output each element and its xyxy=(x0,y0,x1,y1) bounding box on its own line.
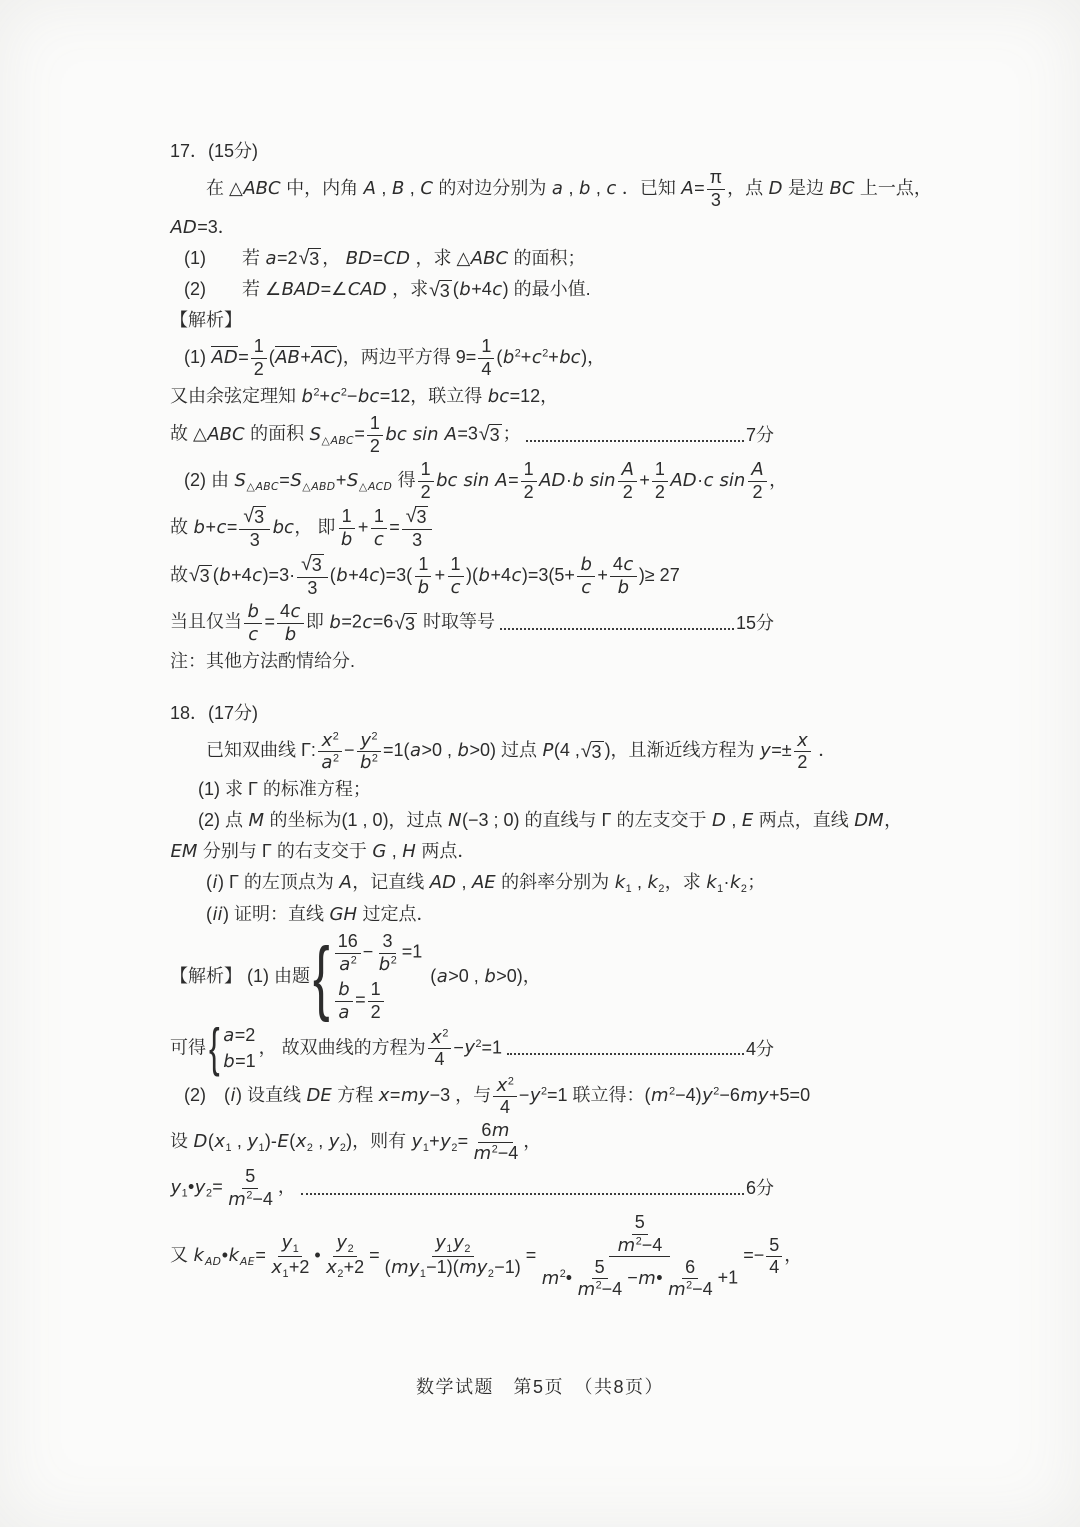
text-run: 当且仅当 xyxy=(170,612,242,632)
text-run: +5=0 xyxy=(769,1085,810,1105)
text-run: , xyxy=(387,841,402,861)
numerator: 1 xyxy=(251,337,267,358)
text-run: ，求 xyxy=(387,279,428,299)
fraction: 54 xyxy=(766,1236,782,1278)
text-run: 1 xyxy=(451,554,461,574)
math-variable: bc xyxy=(357,386,379,407)
math-variable: b xyxy=(338,979,350,1000)
denominator: 2 xyxy=(251,359,267,379)
math-variable: b xyxy=(457,740,469,761)
text-run: (1) 求 Γ 的标准方程； xyxy=(198,779,371,799)
denominator: x1+2 xyxy=(268,1257,313,1280)
cases-group: {16a2−3b2=1ba=12 xyxy=(313,932,422,1022)
math-variable: ABC xyxy=(243,178,281,199)
text-run: , xyxy=(563,178,578,198)
text-run: = xyxy=(212,1177,223,1197)
subscript: △ABC xyxy=(246,481,279,493)
cases-row: 16a2−3b2=1 xyxy=(333,932,423,974)
math-variable: a xyxy=(265,248,277,269)
text-run: 得 xyxy=(393,470,416,490)
math-variable: b xyxy=(417,577,429,598)
math-variable: my xyxy=(400,1085,429,1106)
math-variable: b xyxy=(502,347,514,368)
numerator: π xyxy=(707,168,725,189)
math-variable: c xyxy=(531,347,542,368)
subscript: 1 xyxy=(293,1242,299,1254)
text-run: >0) 过点 xyxy=(469,740,542,760)
math-variable: AD xyxy=(204,1255,221,1268)
math-variable: ABC xyxy=(330,434,354,447)
denominator: c xyxy=(447,577,464,597)
text-run: )， xyxy=(581,347,605,367)
numerator: x2 xyxy=(428,1028,452,1049)
numerator: A xyxy=(618,460,637,481)
numerator: √3 xyxy=(402,506,433,530)
numerator: b xyxy=(335,980,353,1001)
line-content: 注：其他方法酌情给分. xyxy=(170,651,355,671)
math-variable: a xyxy=(409,740,421,761)
q17-intro: 在 △ABC 中，内角 A , B , C 的对边分别为 a , b , c ．… xyxy=(206,168,950,210)
subscript: △ABC xyxy=(322,435,355,447)
q17-sol1-line3: 故 △ABC 的面积 S△ABC=12bc sin A=3√3；7分 xyxy=(170,414,774,456)
superscript: 2 xyxy=(351,954,357,966)
text-run: 3 xyxy=(592,742,602,762)
math-variable: A xyxy=(681,178,694,199)
math-variable: DE xyxy=(306,1085,332,1106)
fraction: y1y2(my1−1)(my2−1) xyxy=(382,1233,524,1281)
text-run: (2) ( xyxy=(184,1085,230,1105)
math-variable: my xyxy=(459,1257,488,1278)
line-content: (ii) 证明：直线 GH 过定点． xyxy=(206,904,435,924)
math-variable: ABC xyxy=(255,480,279,493)
superscript: 2 xyxy=(333,752,339,764)
math-variable: E xyxy=(277,1131,289,1152)
text-run: −1) xyxy=(494,1257,521,1277)
text-run: , xyxy=(632,872,647,892)
math-variable: y xyxy=(336,1232,348,1253)
cases-column: a=2b=1 xyxy=(223,1026,256,1072)
text-run: ( xyxy=(385,1257,391,1277)
text-run: 5 xyxy=(245,1166,255,1186)
superscript: 2 xyxy=(442,1027,448,1039)
text-run: 7分 xyxy=(746,425,774,445)
text-run: 过定点． xyxy=(358,904,435,924)
cases-row: a=2 xyxy=(223,1026,256,1046)
text-run: =2 xyxy=(341,612,362,632)
denominator: m2−4 xyxy=(614,1235,665,1255)
math-variable: k xyxy=(614,872,625,893)
fraction: A2 xyxy=(748,460,767,502)
math-variable: bc xyxy=(436,470,458,491)
denominator: 4 xyxy=(497,1097,513,1117)
fraction: y2b2 xyxy=(356,731,380,773)
q18-sol2-line3: y1•y2=5m2−4，6分 xyxy=(170,1167,774,1209)
math-variable: sin xyxy=(589,470,616,491)
numerator: y1y2 xyxy=(432,1233,474,1257)
text-run: 1 xyxy=(655,459,665,479)
q17-sol2-line4: 当且仅当bc=4cb即 b=2c=6√3 时取等号15分 xyxy=(170,602,774,644)
superscript: 2 xyxy=(508,1075,514,1087)
text-run: 1 xyxy=(342,506,352,526)
text-run: +4 xyxy=(231,565,252,585)
math-variable: ACD xyxy=(367,480,392,493)
text-run: 2 xyxy=(372,730,378,742)
photographed-exam-page: 17．(15分)在 △ABC 中，内角 A , B , C 的对边分别为 a ,… xyxy=(0,0,1080,1527)
line-content: y1•y2=5m2−4， xyxy=(170,1167,296,1209)
math-variable: b xyxy=(284,624,296,645)
math-variable: A xyxy=(444,424,457,445)
q18-part2-ii: (ii) 证明：直线 GH 过定点． xyxy=(206,901,950,928)
math-variable: AD xyxy=(211,347,238,368)
math-variable: m xyxy=(668,1279,687,1300)
subscript: AD xyxy=(204,1256,221,1268)
math-variable: E xyxy=(741,810,753,831)
text-run: 16 xyxy=(338,931,358,951)
text-run: 3 xyxy=(254,507,264,527)
text-run: − xyxy=(363,942,374,962)
text-run: )≥ 27 xyxy=(639,565,680,585)
subscript: 2 xyxy=(348,1242,354,1254)
math-variable: ABD xyxy=(311,480,336,493)
q17-sol1-line2: 又由余弦定理知 b2+c2−bc=12，联立得 bc=12， xyxy=(170,383,950,410)
math-variable: b xyxy=(219,565,231,586)
dotted-leader xyxy=(301,1182,744,1195)
math-variable: A xyxy=(751,459,764,480)
text-run: +1 xyxy=(718,1268,739,1288)
text-run xyxy=(490,470,495,490)
numerator: y2 xyxy=(357,731,381,752)
fraction: x24 xyxy=(428,1028,452,1070)
text-run: = xyxy=(355,990,366,1010)
vector-overline: AB xyxy=(275,346,301,368)
text-run: , xyxy=(232,1131,247,1151)
text-run: − xyxy=(347,386,358,406)
score-label: 15分 xyxy=(736,610,774,636)
fraction: 6m2−4 xyxy=(665,1258,716,1300)
denominator: 4 xyxy=(432,1049,448,1069)
math-variable: m xyxy=(541,1268,560,1289)
superscript: 2 xyxy=(391,954,397,966)
line-content: 故 △ABC 的面积 S△ABC=12bc sin A=3√3； xyxy=(170,414,521,456)
fraction: 6mm2−4 xyxy=(470,1121,521,1163)
radicand: 3 xyxy=(415,506,428,527)
q17-number: 17．(15分) xyxy=(170,138,950,164)
text-run: −3 ，与 xyxy=(430,1085,492,1105)
fraction: 12 xyxy=(251,337,267,379)
denominator: 2 xyxy=(418,482,434,502)
text-run: 3 xyxy=(382,931,392,951)
math-variable: c xyxy=(369,565,380,586)
text-run: + xyxy=(205,517,216,537)
text-run: −4 xyxy=(642,1235,663,1255)
math-variable: c xyxy=(362,612,373,633)
numerator: √3 xyxy=(297,554,328,578)
text-run: 在 △ xyxy=(206,178,243,198)
denominator: 2 xyxy=(521,482,537,502)
text-run: 的坐标为(1 , 0)，过点 xyxy=(265,810,448,830)
fraction: bc xyxy=(577,555,595,597)
math-variable: c xyxy=(581,577,592,598)
line-content: 当且仅当bc=4cb即 b=2c=6√3 时取等号 xyxy=(170,602,495,644)
math-variable: b xyxy=(459,279,471,300)
line-content: (2) 点 M 的坐标为(1 , 0)，过点 N(−3 ; 0) 的直线与 Γ … xyxy=(198,810,902,830)
q17-sol2-line2: 故 b+c=√33bc， 即1b+1c=√33 xyxy=(170,506,950,550)
math-variable: AD xyxy=(539,470,566,491)
radicand: 3 xyxy=(311,554,324,575)
text-run: ， xyxy=(278,1177,296,1197)
line-content: 【解析】 (1) 由题{16a2−3b2=1ba=12 (a>0 , b>0)， xyxy=(170,966,541,986)
sqrt: √3 xyxy=(406,506,429,528)
text-run: 故 △ xyxy=(170,424,207,444)
text-run: =± xyxy=(771,740,791,760)
text-run: 时取等号 xyxy=(418,612,495,632)
radicand: 3 xyxy=(253,506,266,527)
text-run: = xyxy=(508,470,519,490)
math-variable: bc xyxy=(487,386,509,407)
math-variable: c xyxy=(623,554,634,575)
text-run: = xyxy=(279,470,290,490)
math-variable: AD xyxy=(670,470,697,491)
math-variable: C xyxy=(420,178,434,199)
math-variable: b xyxy=(617,577,629,598)
text-run: 两点，直线 xyxy=(754,810,854,830)
radicand: 3 xyxy=(404,613,417,634)
math-variable: N xyxy=(448,810,462,831)
fraction: 12 xyxy=(418,460,434,502)
math-variable: m xyxy=(228,1189,247,1210)
dotted-leader xyxy=(500,617,734,630)
text-run: ； xyxy=(503,424,521,444)
radicand: 3 xyxy=(489,424,502,445)
text-run: 4 xyxy=(481,359,491,379)
cases-brace: { xyxy=(209,1028,220,1070)
text-run: △ xyxy=(302,481,311,493)
numerator: 1 xyxy=(339,507,355,528)
text-run: 2 xyxy=(254,359,264,379)
math-variable: y xyxy=(360,730,372,751)
text-run: 2 xyxy=(655,482,665,502)
math-variable: y xyxy=(702,1085,714,1106)
numerator: y2 xyxy=(333,1233,357,1257)
text-run: , xyxy=(376,178,391,198)
fraction: y2x2+2 xyxy=(323,1233,368,1281)
text-run: >0 , xyxy=(422,740,458,760)
sqrt: √3 xyxy=(429,280,452,302)
line-content: 故√3(b+4c)=3·√33(b+4c)=3(1b+1c)(b+4c)=3(5… xyxy=(170,565,680,585)
text-run: 两点． xyxy=(416,841,475,861)
text-run: 1 xyxy=(446,1242,452,1254)
math-variable: ABC xyxy=(207,424,245,445)
text-run: (2) 若 ∠ xyxy=(184,279,281,299)
sqrt: √3 xyxy=(479,424,502,446)
text-run: 2 xyxy=(371,1002,381,1022)
math-variable: c xyxy=(606,178,617,199)
denominator: b xyxy=(337,529,355,549)
math-variable: m xyxy=(617,1235,636,1256)
text-run: = xyxy=(238,347,249,367)
text-run: △ xyxy=(246,481,255,493)
text-run: =1 xyxy=(235,1051,256,1071)
math-variable: my xyxy=(740,1085,769,1106)
text-run: =1 xyxy=(402,942,423,962)
q17-sol2-line1: (2) 由 S△ABC=S△ABD+S△ACD 得12bc sin A=12AD… xyxy=(184,460,950,502)
text-run: (2) 由 xyxy=(184,470,234,490)
denominator: (my1−1)(my2−1) xyxy=(382,1257,524,1280)
math-variable: b xyxy=(247,601,259,622)
q17-sol2-line3: 故√3(b+4c)=3·√33(b+4c)=3(1b+1c)(b+4c)=3(5… xyxy=(170,554,950,598)
sqrt: √3 xyxy=(394,613,417,635)
math-variable: AC xyxy=(311,347,337,368)
math-variable: b xyxy=(359,752,371,773)
text-run: 2 xyxy=(333,730,339,742)
dotted-leader xyxy=(526,429,744,442)
math-variable: b xyxy=(478,565,490,586)
numerator: b xyxy=(577,555,595,576)
denominator: b xyxy=(614,577,632,597)
line-content: 在 △ABC 中，内角 A , B , C 的对边分别为 a , b , c ．… xyxy=(206,178,932,198)
text-run: 3 xyxy=(307,578,317,598)
q18-sol1-line1: 【解析】 (1) 由题{16a2−3b2=1ba=12 (a>0 , b>0)， xyxy=(170,932,950,1022)
text-run: 2 xyxy=(623,482,633,502)
text-run: • xyxy=(314,1245,320,1265)
fraction: A2 xyxy=(618,460,637,502)
denominator: 4 xyxy=(766,1257,782,1277)
text-run: = xyxy=(526,1245,537,1265)
text-run: ，求 xyxy=(665,872,706,892)
q18-part2-i: (i) Γ 的左顶点为 A，记直线 AD , AE 的斜率分别为 k1 , k2… xyxy=(206,869,950,897)
math-variable: x xyxy=(431,1027,443,1048)
text-run: >0)， xyxy=(496,966,541,986)
math-variable: AD xyxy=(429,872,456,893)
denominator: b xyxy=(281,624,299,644)
math-variable: a xyxy=(339,954,351,975)
numerator: √3 xyxy=(239,506,270,530)
math-variable: b xyxy=(580,554,592,575)
text-run: )- xyxy=(265,1131,277,1151)
fraction: 4cb xyxy=(610,555,637,597)
text-run: 的斜率分别为 xyxy=(496,872,614,892)
fraction: √33 xyxy=(239,506,270,550)
text-run: = xyxy=(694,178,705,198)
math-variable: a xyxy=(338,1002,350,1023)
text-run: ) 的最小值. xyxy=(503,279,591,299)
math-variable: bc xyxy=(272,517,294,538)
denominator: 2 xyxy=(620,482,636,502)
text-run: ( xyxy=(208,1131,214,1151)
sqrt: √3 xyxy=(243,506,266,528)
denominator: b2 xyxy=(356,752,380,772)
math-variable: b xyxy=(193,517,205,538)
denominator: 3 xyxy=(304,578,320,598)
text-run: ， 即 xyxy=(294,517,335,537)
math-variable: BAD xyxy=(281,279,321,300)
math-variable: y xyxy=(760,740,772,761)
text-run: 可得 xyxy=(170,1037,206,1057)
text-run: =∠ xyxy=(321,279,348,299)
numerator: x xyxy=(794,731,812,752)
text-run: 3 xyxy=(200,566,210,586)
line-content: (1) 若 a=2√3， BD=CD ，求 △ABC 的面积； xyxy=(184,248,586,268)
math-variable: y xyxy=(194,1177,206,1198)
fraction: π3 xyxy=(707,168,725,210)
math-variable: DM xyxy=(854,810,884,831)
fraction: 5m2−4 xyxy=(225,1167,276,1209)
math-variable: k xyxy=(228,1245,239,1266)
numerator: 6 xyxy=(682,1258,698,1279)
text-run: ) Γ 的左顶点为 xyxy=(218,872,339,892)
math-variable: D xyxy=(711,810,726,831)
text-run: 分别与 Γ 的右支交于 xyxy=(198,841,372,861)
math-variable: A xyxy=(495,470,508,491)
line-content: 18．(17分) xyxy=(170,703,258,723)
text-run: 3 xyxy=(416,507,426,527)
text-run: + xyxy=(429,1131,440,1151)
math-variable: D xyxy=(768,178,783,199)
q17-given: AD=3． xyxy=(170,214,950,241)
denominator: b2 xyxy=(375,954,399,974)
vector-overline: AC xyxy=(311,346,337,368)
text-run: −4 xyxy=(692,1279,713,1299)
fraction: 4cb xyxy=(277,602,304,644)
fraction: x2a2 xyxy=(318,731,342,773)
line-content: 17．(15分) xyxy=(170,141,258,161)
fraction: √33 xyxy=(297,554,328,598)
text-run: 1 xyxy=(421,459,431,479)
q18-sol2-line2: 设 D(x1 , y1)-E(x2 , y2)，则有 y1+y2=6mm2−4， xyxy=(170,1121,950,1163)
text-run: )=3( xyxy=(380,565,413,585)
text-run: , xyxy=(726,810,741,830)
text-run: , xyxy=(456,872,471,892)
math-variable: BD xyxy=(345,248,372,269)
text-run: ( xyxy=(453,279,459,299)
text-run: 注：其他方法酌情给分. xyxy=(170,651,355,671)
text-run: • xyxy=(656,1268,662,1288)
text-run: + xyxy=(548,347,559,367)
text-run: 【解析】 xyxy=(170,310,242,330)
text-run: 17．(15分) xyxy=(170,141,258,161)
math-variable: m xyxy=(473,1143,492,1164)
math-variable: b xyxy=(572,470,584,491)
math-variable: k xyxy=(729,872,740,893)
text-run: ( xyxy=(425,966,436,986)
math-variable: H xyxy=(402,841,417,862)
subscript: 1 xyxy=(446,1242,452,1254)
denominator: b xyxy=(414,577,432,597)
text-run: ( xyxy=(330,565,336,585)
fraction: 3b2 xyxy=(375,932,399,974)
math-variable: c xyxy=(511,565,522,586)
text-run: ， xyxy=(784,1245,802,1265)
text-run: ，点 xyxy=(727,178,768,198)
numerator: 5 xyxy=(632,1213,648,1234)
text-run: 3 xyxy=(490,425,500,445)
superscript: 2 xyxy=(372,730,378,742)
math-variable: x xyxy=(271,1257,283,1278)
denominator: 2 xyxy=(652,482,668,502)
text-run: + xyxy=(300,347,311,367)
text-run: = xyxy=(458,1131,469,1151)
math-variable: k xyxy=(193,1245,204,1266)
line-content: 已知双曲线 Γ:x2a2−y2b2=1(a>0 , b>0) 过点 P(4 ,√… xyxy=(206,740,836,760)
math-variable: x xyxy=(295,1131,307,1152)
line-content: 又由余弦定理知 b2+c2−bc=12，联立得 bc=12， xyxy=(170,386,558,406)
text-run: 2 xyxy=(442,1027,448,1039)
cases-group: {a=2b=1 xyxy=(209,1026,256,1072)
numerator: 4c xyxy=(277,602,304,623)
text-run: △ xyxy=(322,435,331,447)
score-label: 6分 xyxy=(746,1175,774,1201)
text-run: = xyxy=(389,517,400,537)
